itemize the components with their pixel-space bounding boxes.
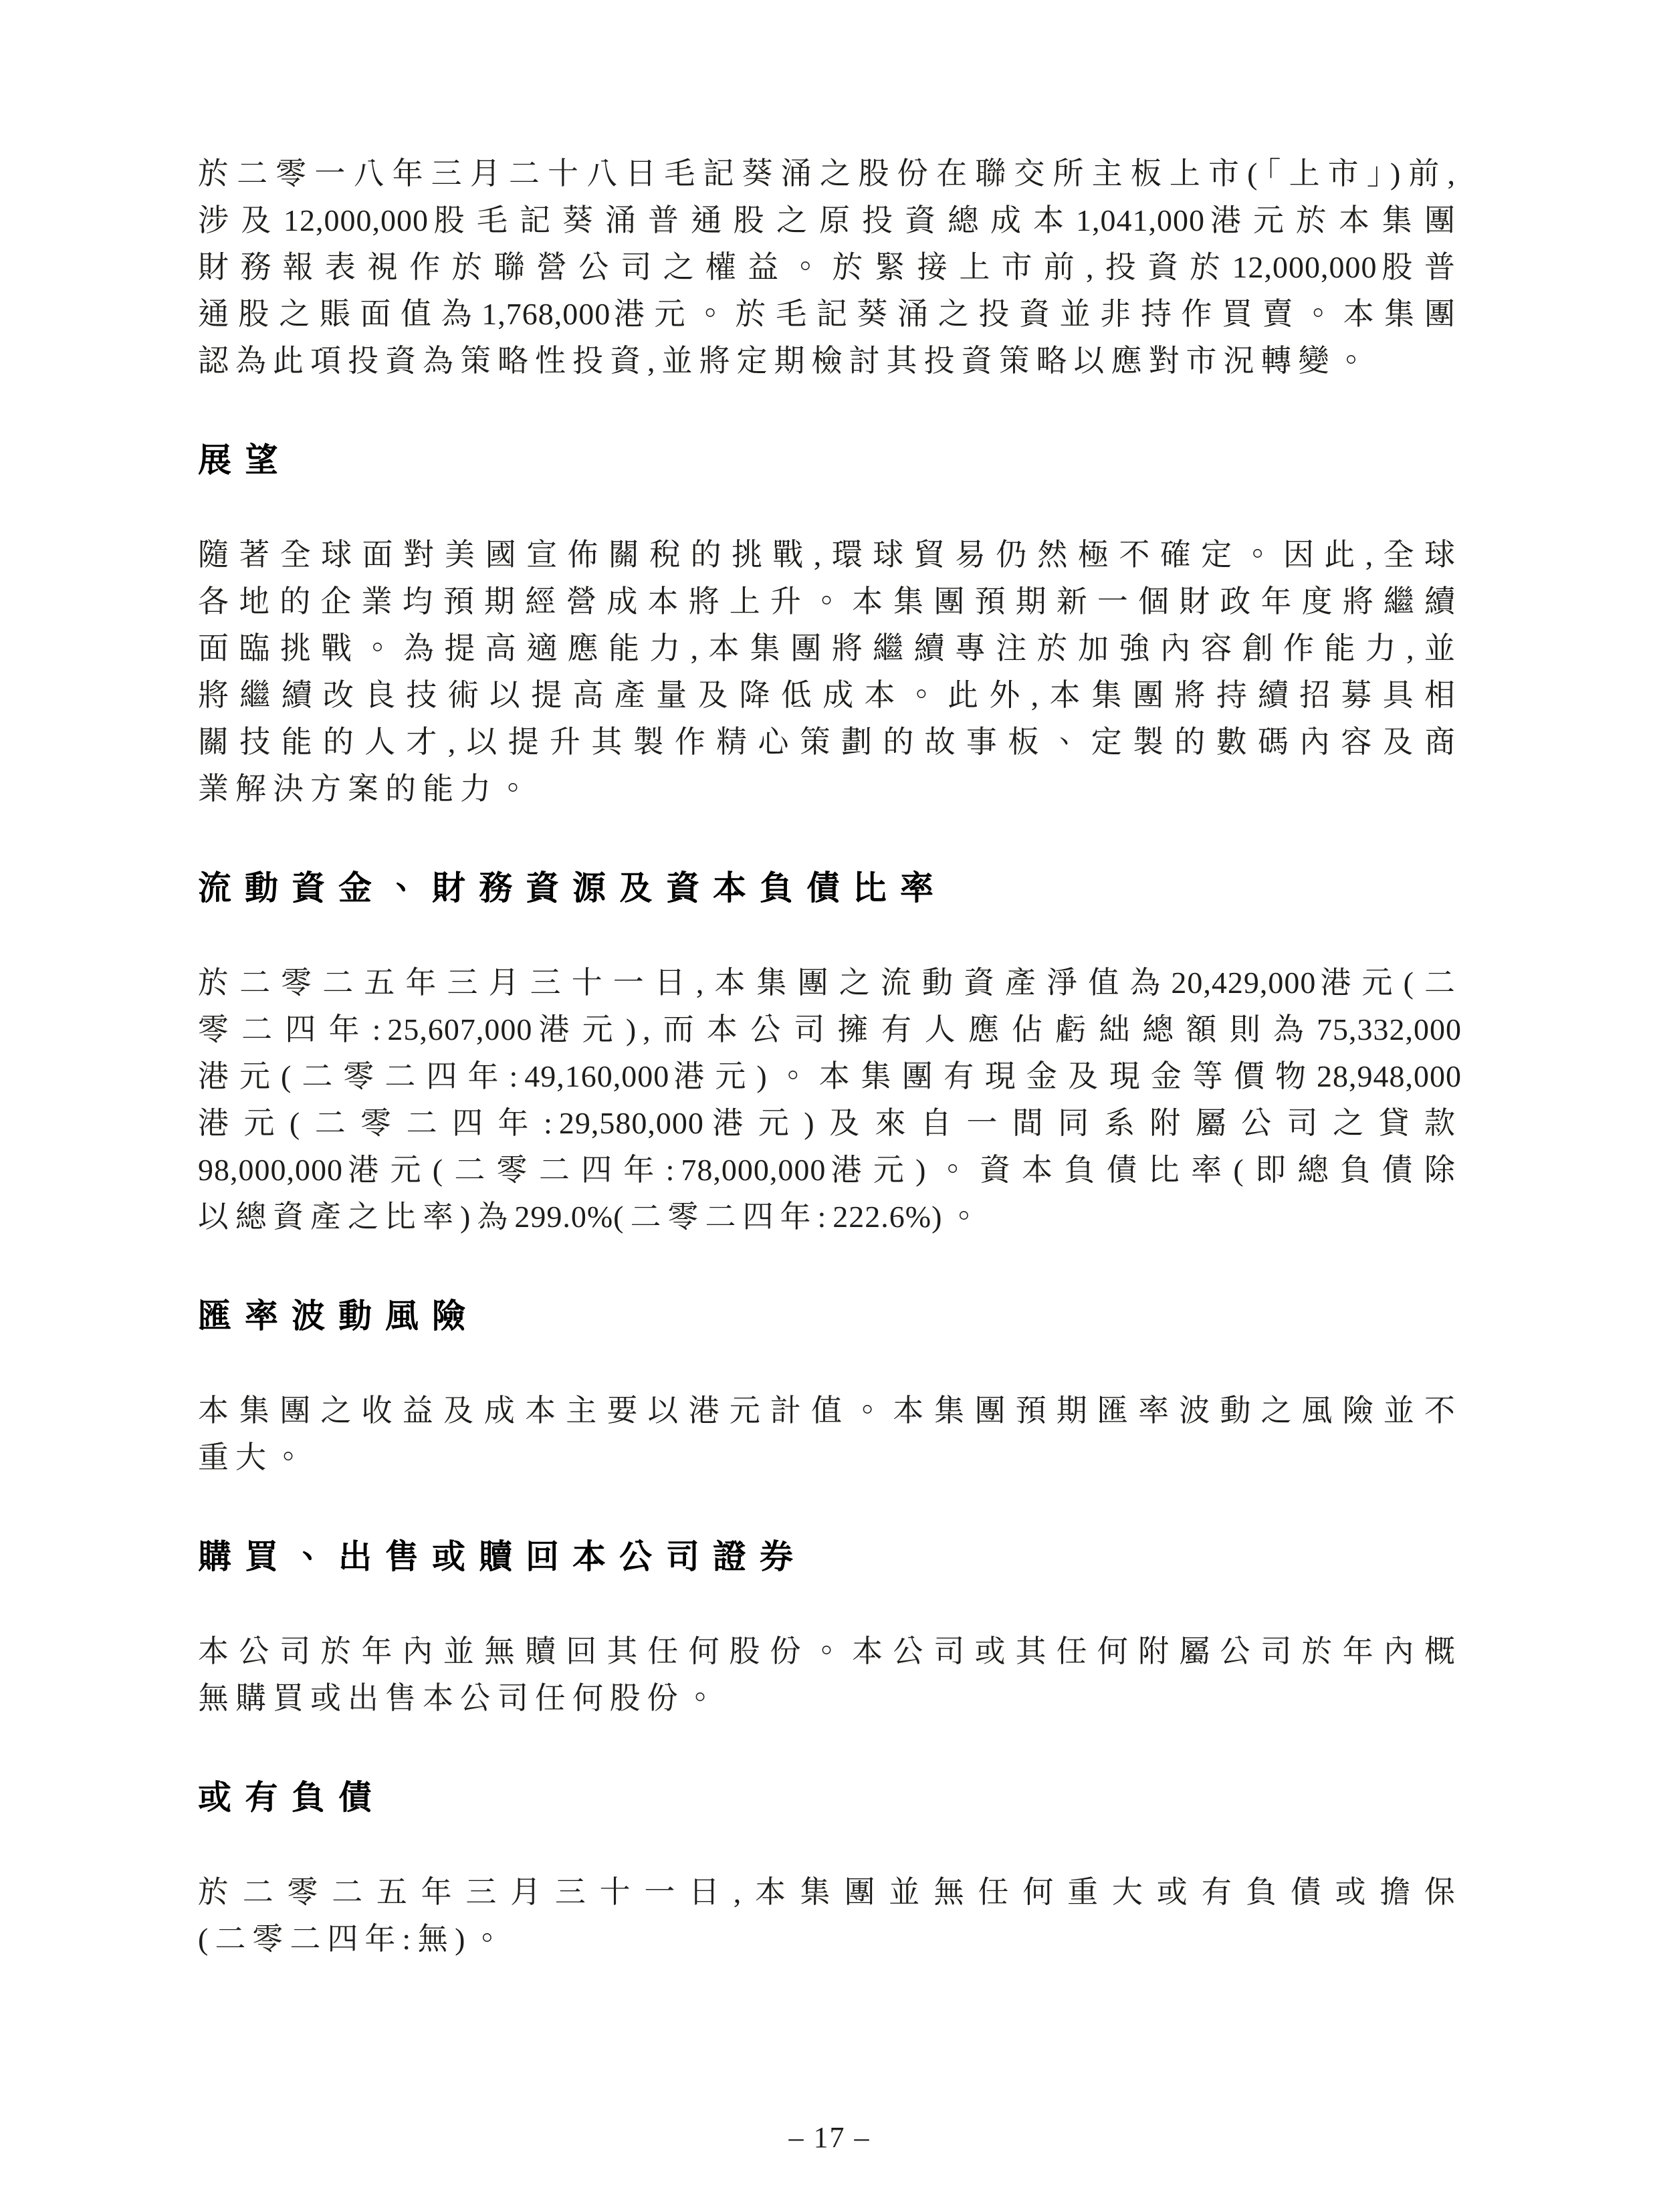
paragraph-fx-risk: 本集團之收益及成本主要以港元計值。本集團預期匯率波動之風險並不 重大。 bbox=[198, 1388, 1462, 1481]
page-number: – 17 – bbox=[0, 2114, 1659, 2161]
text-line: 於二零二五年三月三十一日,本集團之流動資產淨值為20,429,000港元(二 bbox=[198, 960, 1462, 1006]
text-line: 涉及12,000,000股毛記葵涌普通股之原投資總成本1,041,000港元於本… bbox=[198, 197, 1462, 244]
section-heading-fx-risk: 匯率波動風險 bbox=[198, 1293, 1462, 1339]
text-line: 業解決方案的能力。 bbox=[198, 766, 1462, 812]
text-line: 將繼續改良技術以提高產量及降低成本。此外,本集團將持續招募具相 bbox=[198, 672, 1462, 719]
section-heading-liquidity: 流動資金、財務資源及資本負債比率 bbox=[198, 865, 1462, 911]
text-line: 無購買或出售本公司任何股份。 bbox=[198, 1675, 1462, 1722]
text-column: 於二零一八年三月二十八日毛記葵涌之股份在聯交所主板上市(「上市」)前, 涉及12… bbox=[198, 150, 1462, 1963]
paragraph-contingent-liabilities: 於二零二五年三月三十一日,本集團並無任何重大或有負債或擔保 (二零二四年:無)。 bbox=[198, 1869, 1462, 1963]
text-line: (二零二四年:無)。 bbox=[198, 1916, 1462, 1963]
paragraph-liquidity: 於二零二五年三月三十一日,本集團之流動資產淨值為20,429,000港元(二 零… bbox=[198, 960, 1462, 1240]
text-line: 關技能的人才,以提升其製作精心策劃的故事板、定製的數碼內容及商 bbox=[198, 719, 1462, 766]
text-line: 零二四年:25,607,000港元),而本公司擁有人應佔虧絀總額則為75,332… bbox=[198, 1006, 1462, 1053]
paragraph-listing-investment: 於二零一八年三月二十八日毛記葵涌之股份在聯交所主板上市(「上市」)前, 涉及12… bbox=[198, 150, 1462, 384]
section-heading-outlook: 展望 bbox=[198, 437, 1462, 483]
text-line: 隨著全球面對美國宣佈關稅的挑戰,環球貿易仍然極不確定。因此,全球 bbox=[198, 532, 1462, 578]
text-line: 重大。 bbox=[198, 1434, 1462, 1481]
text-line: 港元(二零二四年:49,160,000港元)。本集團有現金及現金等價物28,94… bbox=[198, 1053, 1462, 1100]
report-page: 於二零一八年三月二十八日毛記葵涌之股份在聯交所主板上市(「上市」)前, 涉及12… bbox=[0, 0, 1659, 2212]
text-line: 以總資產之比率)為299.0%(二零二四年:222.6%)。 bbox=[198, 1194, 1462, 1240]
text-line: 本公司於年內並無贖回其任何股份。本公司或其任何附屬公司於年內概 bbox=[198, 1628, 1462, 1675]
section-heading-contingent-liabilities: 或有負債 bbox=[198, 1774, 1462, 1821]
text-line: 通股之賬面值為1,768,000港元。於毛記葵涌之投資並非持作買賣。本集團 bbox=[198, 291, 1462, 338]
paragraph-outlook: 隨著全球面對美國宣佈關稅的挑戰,環球貿易仍然極不確定。因此,全球 各地的企業均預… bbox=[198, 532, 1462, 812]
text-line: 港元(二零二四年:29,580,000港元)及來自一間同系附屬公司之貸款 bbox=[198, 1100, 1462, 1147]
text-line: 本集團之收益及成本主要以港元計值。本集團預期匯率波動之風險並不 bbox=[198, 1388, 1462, 1434]
text-line: 面臨挑戰。為提高適應能力,本集團將繼續專注於加強內容創作能力,並 bbox=[198, 625, 1462, 672]
text-line: 認為此項投資為策略性投資,並將定期檢討其投資策略以應對市況轉變。 bbox=[198, 338, 1462, 384]
text-line: 98,000,000港元(二零二四年:78,000,000港元)。資本負債比率(… bbox=[198, 1147, 1462, 1194]
paragraph-buyback: 本公司於年內並無贖回其任何股份。本公司或其任何附屬公司於年內概 無購買或出售本公… bbox=[198, 1628, 1462, 1722]
section-heading-buyback: 購買、出售或贖回本公司證券 bbox=[198, 1533, 1462, 1580]
text-line: 各地的企業均預期經營成本將上升。本集團預期新一個財政年度將繼續 bbox=[198, 578, 1462, 625]
text-line: 財務報表視作於聯營公司之權益。於緊接上市前,投資於12,000,000股普 bbox=[198, 244, 1462, 291]
text-line: 於二零一八年三月二十八日毛記葵涌之股份在聯交所主板上市(「上市」)前, bbox=[198, 150, 1462, 197]
text-line: 於二零二五年三月三十一日,本集團並無任何重大或有負債或擔保 bbox=[198, 1869, 1462, 1916]
